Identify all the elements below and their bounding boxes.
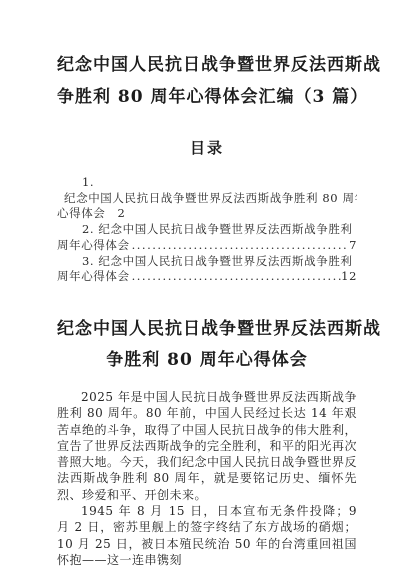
toc-entry-2-title[interactable]: 2. 纪念中国人民抗日战争暨世界反法西斯战争胜利 80 bbox=[57, 222, 357, 238]
document-title-line2: 争胜利 80 周年心得体会汇编（3 篇） bbox=[57, 81, 357, 113]
toc-entry-3-page-number: 12 bbox=[341, 269, 357, 285]
toc-entry-1-continuation[interactable]: 心得体会 2 bbox=[57, 206, 357, 222]
document-title-line1: 纪念中国人民抗日战争暨世界反法西斯战 bbox=[57, 49, 357, 81]
table-of-contents: 1. 纪念中国人民抗日战争暨世界反法西斯战争胜利 80 周年 心得体会 2 2.… bbox=[57, 175, 357, 285]
section-title: 纪念中国人民抗日战争暨世界反法西斯战 争胜利 80 周年心得体会 bbox=[57, 314, 357, 376]
toc-entry-3-continuation[interactable]: 周年心得体会 .................................… bbox=[57, 269, 357, 285]
toc-entry-2-continuation[interactable]: 周年心得体会 .................................… bbox=[57, 238, 357, 254]
toc-entry-3-title[interactable]: 3. 纪念中国人民抗日战争暨世界反法西斯战争胜利 80 bbox=[57, 254, 357, 270]
toc-entry-2-page-number: 7 bbox=[349, 238, 357, 254]
toc-heading: 目录 bbox=[57, 140, 357, 156]
body-paragraph-1: 2025 年是中国人民抗日战争暨世界反法西斯战争胜利 80 周年。80 年前，中… bbox=[57, 389, 357, 503]
toc-entry-1-number[interactable]: 1. bbox=[57, 175, 357, 191]
document-page: 纪念中国人民抗日战争暨世界反法西斯战 争胜利 80 周年心得体会汇编（3 篇） … bbox=[0, 0, 410, 580]
toc-entry-1-title[interactable]: 纪念中国人民抗日战争暨世界反法西斯战争胜利 80 周年 bbox=[57, 191, 357, 207]
section-body: 2025 年是中国人民抗日战争暨世界反法西斯战争胜利 80 周年。80 年前，中… bbox=[57, 389, 357, 568]
toc-entry-2-dot-leader: ........................................… bbox=[130, 238, 349, 254]
toc-entry-3-text: 周年心得体会 bbox=[57, 269, 130, 285]
section-title-line2: 争胜利 80 周年心得体会 bbox=[57, 345, 357, 376]
document-title: 纪念中国人民抗日战争暨世界反法西斯战 争胜利 80 周年心得体会汇编（3 篇） bbox=[57, 49, 357, 113]
body-paragraph-2: 1945 年 8 月 15 日，日本宣布无条件投降；9 月 2 日，密苏里舰上的… bbox=[57, 503, 357, 568]
toc-entry-3-dot-leader: ........................................… bbox=[130, 269, 342, 285]
toc-entry-2-text: 周年心得体会 bbox=[57, 238, 130, 254]
section-title-line1: 纪念中国人民抗日战争暨世界反法西斯战 bbox=[57, 314, 357, 345]
